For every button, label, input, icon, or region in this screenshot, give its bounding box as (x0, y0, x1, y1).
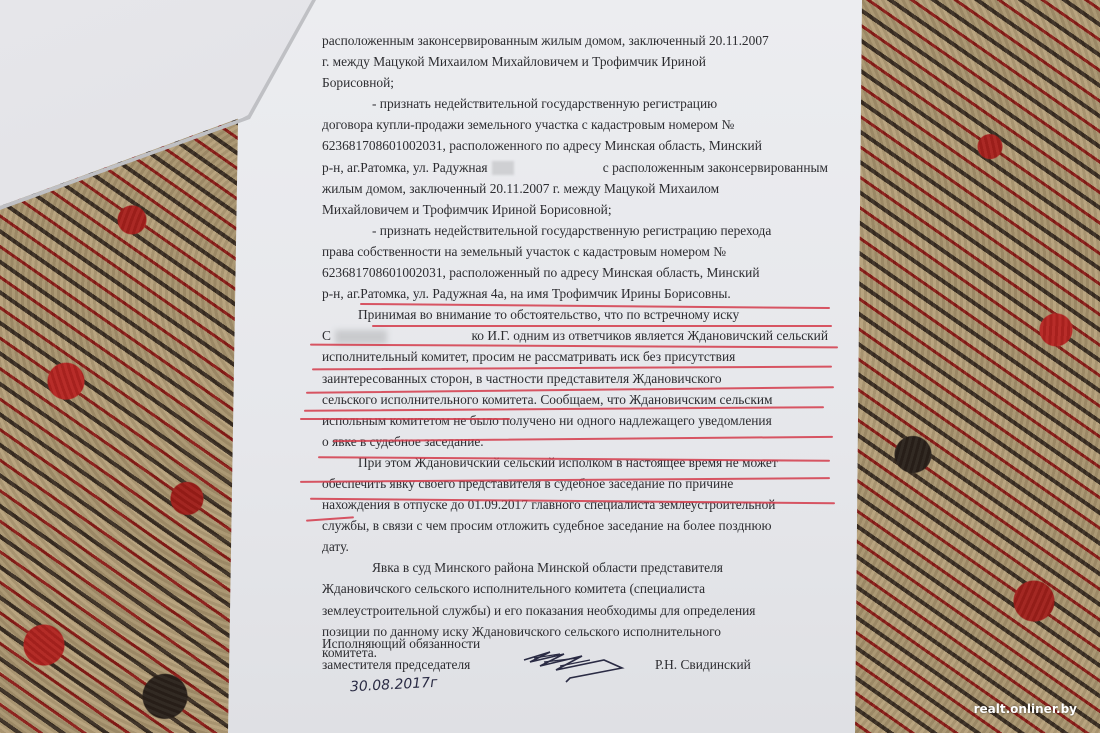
text-line: Явка в суд Минского района Минской облас… (322, 557, 828, 578)
text-line: жилым домом, заключенный 20.11.2007 г. м… (322, 178, 828, 199)
text-line: расположенным законсервированным жилым д… (322, 30, 828, 51)
text-span: 623681708601002031, расположенный по адр… (322, 262, 759, 283)
text-line: испольным комитетом не было получено ни … (322, 410, 828, 431)
signatory-title-line: заместителя председателя (322, 654, 480, 675)
text-line: заинтересованных сторон, в частности пре… (322, 368, 828, 389)
text-line: р-н, аг.Ратомка, ул. Радужнаяс расположе… (322, 157, 828, 178)
signatory-title: Исполняющий обязанности заместителя пред… (322, 633, 480, 675)
text-line: 623681708601002031, расположенный по адр… (322, 262, 828, 283)
text-span: дату. (322, 536, 349, 557)
text-span: исполнительный комитет, просим не рассма… (322, 346, 735, 367)
text-span: Борисовной; (322, 72, 394, 93)
text-line: р-н, аг.Ратомка, ул. Радужная 4а, на имя… (322, 283, 828, 304)
text-span: При этом Ждановичский сельский исполком … (358, 452, 778, 473)
text-span: землеустроительной службы) и его показан… (322, 600, 755, 621)
text-span: Михайловичем и Трофимчик Ириной Борисовн… (322, 199, 612, 220)
text-line: договора купли-продажи земельного участк… (322, 114, 828, 135)
text-span: жилым домом, заключенный 20.11.2007 г. м… (322, 178, 719, 199)
text-line: исполнительный комитет, просим не рассма… (322, 346, 828, 367)
text-span: г. между Мацукой Михаилом Михайловичем и… (322, 51, 706, 72)
text-line: - признать недействительной государствен… (322, 93, 828, 114)
text-line: службы, в связи с чем просим отложить су… (322, 515, 828, 536)
text-span: службы, в связи с чем просим отложить су… (322, 515, 771, 536)
text-span: р-н, аг.Ратомка, ул. Радужная (322, 160, 488, 175)
text-line: права собственности на земельный участок… (322, 241, 828, 262)
text-line: обеспечить явку своего представителя в с… (322, 473, 828, 494)
text-span: с расположенным законсервированным (603, 157, 828, 178)
text-span: Явка в суд Минского района Минской облас… (372, 557, 723, 578)
text-line: Ждановичского сельского исполнительного … (322, 578, 828, 599)
text-span: Ждановичского сельского исполнительного … (322, 578, 705, 599)
text-line: При этом Ждановичский сельский исполком … (322, 452, 828, 473)
text-span: ко И.Г. одним из ответчиков является Жда… (471, 325, 828, 346)
text-line: дату. (322, 536, 828, 557)
text-span: 623681708601002031, расположенного по ад… (322, 135, 762, 156)
redacted-house-number (492, 161, 514, 175)
text-span: р-н, аг.Ратомка, ул. Радужная 4а, на имя… (322, 283, 731, 304)
text-span: договора купли-продажи земельного участк… (322, 114, 734, 135)
red-pen-underline (300, 418, 510, 420)
text-span: испольным комитетом не было получено ни … (322, 410, 772, 431)
handwritten-signature-icon (520, 648, 630, 684)
signatory-title-line: Исполняющий обязанности (322, 633, 480, 654)
text-span: - признать недействительной государствен… (372, 220, 771, 241)
signatory-name: Р.Н. Свидинский (655, 654, 751, 675)
text-span: заинтересованных сторон, в частности пре… (322, 368, 722, 389)
text-line: г. между Мацукой Михаилом Михайловичем и… (322, 51, 828, 72)
red-pen-underline (372, 325, 832, 327)
text-line: - признать недействительной государствен… (322, 220, 828, 241)
text-span: нахождения в отпуске до 01.09.2017 главн… (322, 494, 775, 515)
watermark-text: realt.onliner.by (974, 702, 1077, 716)
text-span: расположенным законсервированным жилым д… (322, 30, 769, 51)
text-line: нахождения в отпуске до 01.09.2017 главн… (322, 494, 828, 515)
text-span: - признать недействительной государствен… (372, 93, 717, 114)
text-span: обеспечить явку своего представителя в с… (322, 473, 733, 494)
text-line: 623681708601002031, расположенного по ад… (322, 135, 828, 156)
text-line: Михайловичем и Трофимчик Ириной Борисовн… (322, 199, 828, 220)
redacted-surname (335, 330, 387, 344)
text-line: Борисовной; (322, 72, 828, 93)
text-span: права собственности на земельный участок… (322, 241, 726, 262)
text-line: землеустроительной службы) и его показан… (322, 600, 828, 621)
text-span: С (322, 328, 331, 343)
